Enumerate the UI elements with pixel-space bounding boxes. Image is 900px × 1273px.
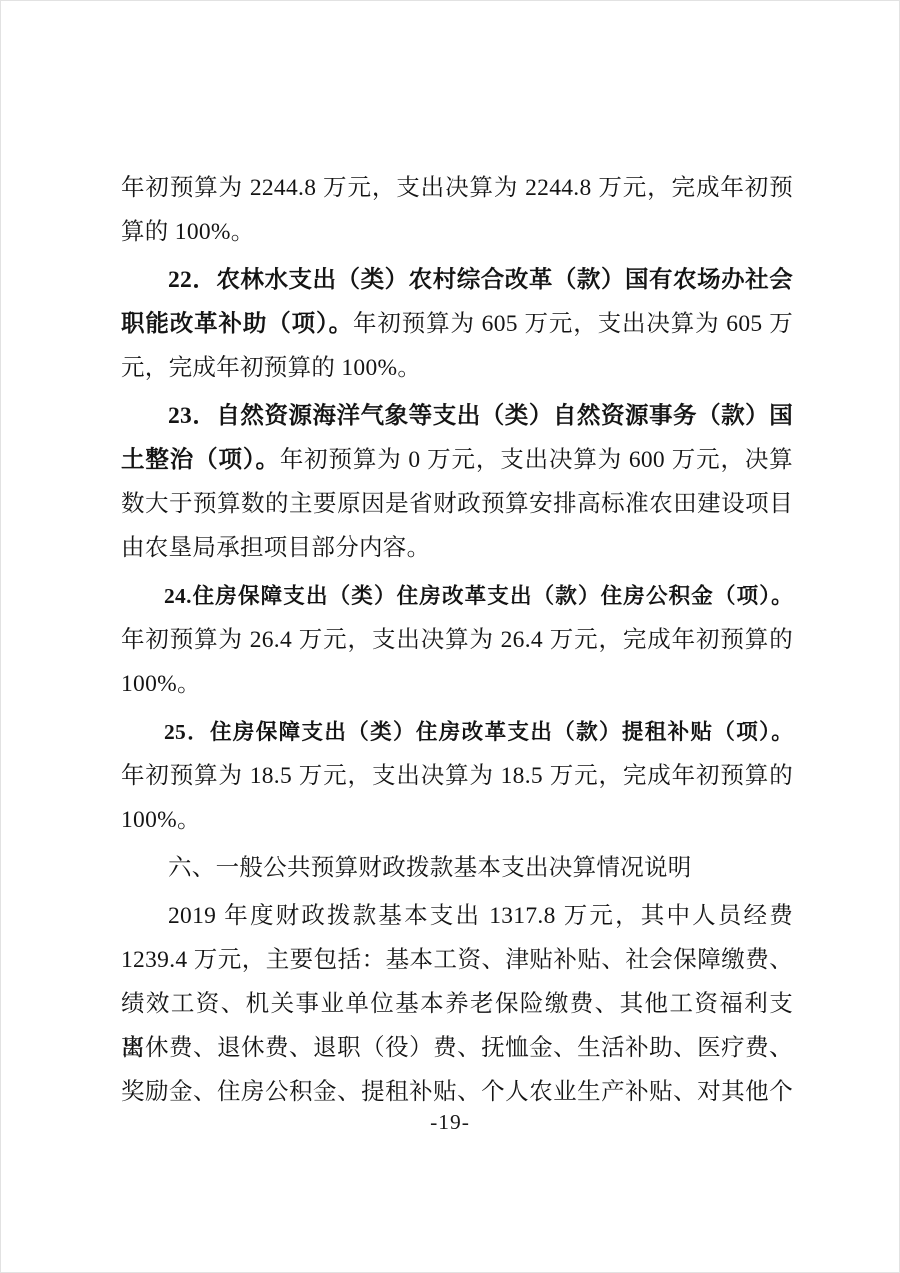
bold-segment: 24.住房保障支出（类）住房改革支出（款）住房公积金（项）。 (164, 584, 793, 608)
text-line: 1239.4 万元，主要包括：基本工资、津贴补贴、社会保障缴费、 (121, 938, 793, 982)
page-number: -19- (0, 1110, 900, 1135)
text-segment: 年初预算为 2244.8 万元，支出决算为 2244.8 万元，完成年初预 (121, 175, 793, 201)
text-segment: 年初预算为 0 万元，支出决算为 600 万元，决算 (280, 447, 793, 473)
text-segment: 100%。 (121, 671, 201, 697)
text-line-item-25-heading: 25．住房保障支出（类）住房改革支出（款）提租补贴（项）。 (121, 710, 793, 754)
text-segment: 奖励金、住房公积金、提租补贴、个人农业生产补贴、对其他个 (121, 1079, 793, 1105)
bold-segment: 土整治（项）。 (121, 447, 280, 473)
text-segment: 100%。 (121, 807, 201, 833)
text-line-item-24-heading: 24.住房保障支出（类）住房改革支出（款）住房公积金（项）。 (121, 574, 793, 618)
bold-segment: 25．住房保障支出（类）住房改革支出（款）提租补贴（项）。 (164, 720, 793, 744)
text-line-item-23-heading: 23．自然资源海洋气象等支出（类）自然资源事务（款）国 (121, 394, 793, 438)
text-segment: 年初预算为 605 万元，支出决算为 605 万 (353, 311, 793, 337)
text-segment: 算的 100%。 (121, 219, 255, 245)
text-line: 职能改革补助（项）。年初预算为 605 万元，支出决算为 605 万 (121, 302, 793, 346)
text-segment: 元，完成年初预算的 100%。 (121, 355, 421, 381)
text-line: 100%。 (121, 798, 793, 842)
text-line: 年初预算为 2244.8 万元，支出决算为 2244.8 万元，完成年初预 (121, 166, 793, 210)
text-body: 年初预算为 2244.8 万元，支出决算为 2244.8 万元，完成年初预 算的… (121, 166, 793, 1114)
text-segment: 六、一般公共预算财政拨款基本支出决算情况说明 (168, 855, 692, 881)
text-line: 100%。 (121, 662, 793, 706)
text-line: 离休费、退休费、退职（役）费、抚恤金、生活补助、医疗费、 (121, 1026, 793, 1070)
text-line-item-22-heading: 22．农林水支出（类）农村综合改革（款）国有农场办社会 (121, 258, 793, 302)
text-segment: 由农垦局承担项目部分内容。 (121, 535, 430, 561)
section-six-heading: 六、一般公共预算财政拨款基本支出决算情况说明 (121, 846, 793, 890)
text-line: 算的 100%。 (121, 210, 793, 254)
text-segment: 1239.4 万元，主要包括：基本工资、津贴补贴、社会保障缴费、 (121, 947, 793, 973)
text-segment: 离休费、退休费、退职（役）费、抚恤金、生活补助、医疗费、 (121, 1035, 793, 1061)
text-line: 绩效工资、机关事业单位基本养老保险缴费、其他工资福利支出、 (121, 982, 793, 1026)
text-line: 由农垦局承担项目部分内容。 (121, 526, 793, 570)
text-segment: 年初预算为 18.5 万元，支出决算为 18.5 万元，完成年初预算的 (121, 763, 793, 789)
text-segment: 数大于预算数的主要原因是省财政预算安排高标准农田建设项目 (121, 491, 793, 517)
bold-segment: 职能改革补助（项）。 (121, 311, 353, 337)
text-line: 元，完成年初预算的 100%。 (121, 346, 793, 390)
bold-segment: 23．自然资源海洋气象等支出（类）自然资源事务（款）国 (168, 403, 793, 429)
text-segment: 年初预算为 26.4 万元，支出决算为 26.4 万元，完成年初预算的 (121, 627, 793, 653)
text-line: 奖励金、住房公积金、提租补贴、个人农业生产补贴、对其他个 (121, 1070, 793, 1114)
document-page: 年初预算为 2244.8 万元，支出决算为 2244.8 万元，完成年初预 算的… (0, 0, 900, 1273)
text-line: 年初预算为 18.5 万元，支出决算为 18.5 万元，完成年初预算的 (121, 754, 793, 798)
text-line: 土整治（项）。年初预算为 0 万元，支出决算为 600 万元，决算 (121, 438, 793, 482)
text-segment: 2019 年度财政拨款基本支出 1317.8 万元，其中人员经费 (168, 903, 793, 929)
bold-segment: 22．农林水支出（类）农村综合改革（款）国有农场办社会 (168, 267, 793, 293)
text-line: 2019 年度财政拨款基本支出 1317.8 万元，其中人员经费 (121, 894, 793, 938)
text-line: 数大于预算数的主要原因是省财政预算安排高标准农田建设项目 (121, 482, 793, 526)
text-line: 年初预算为 26.4 万元，支出决算为 26.4 万元，完成年初预算的 (121, 618, 793, 662)
